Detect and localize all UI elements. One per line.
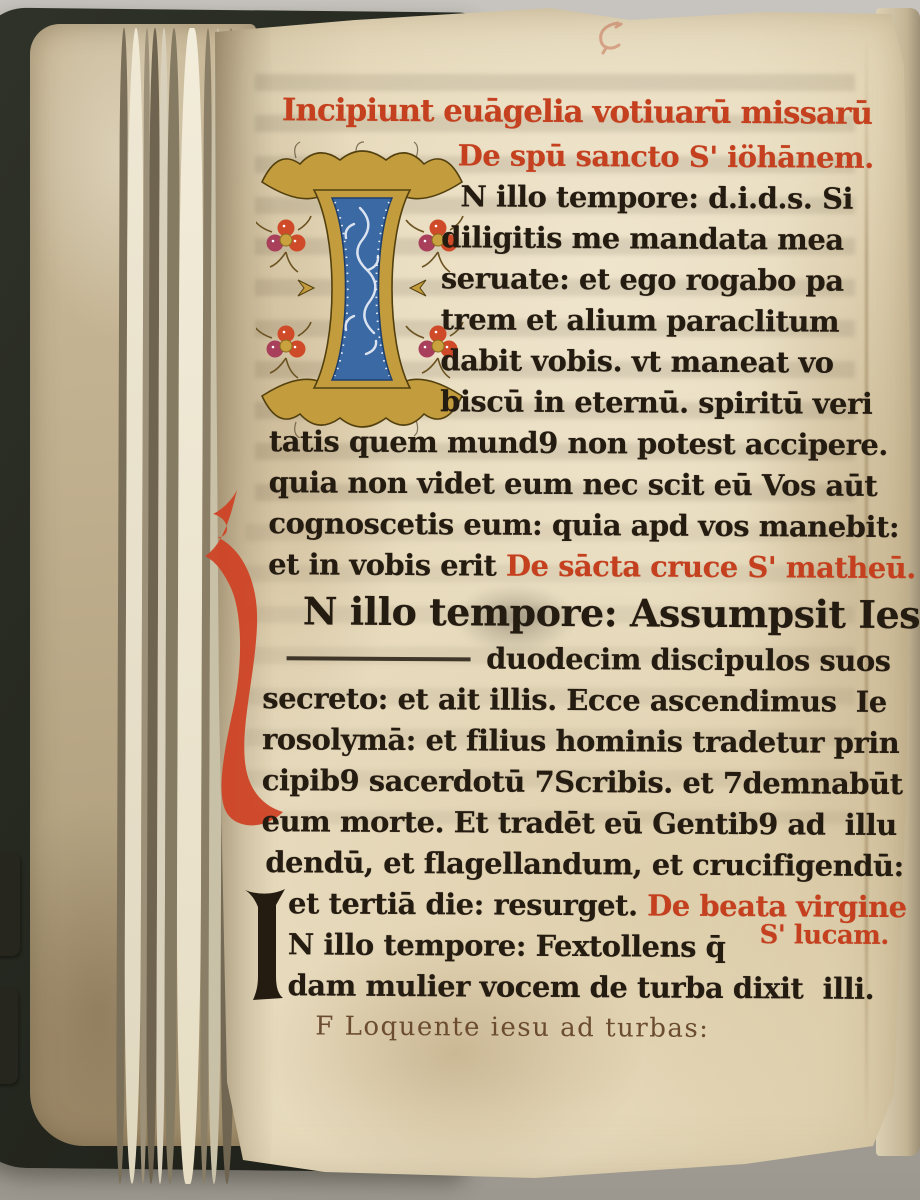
- body-text: N illo tempore: Assumpsit Iesus: [303, 585, 920, 641]
- body-text: N illo tempore: Fextollens q̄: [288, 924, 726, 968]
- text-line: N illo tempore: Fextollens q̄S' lucam.: [241, 924, 889, 969]
- rubric-text: De spū sancto S' iöhānem.: [458, 135, 874, 179]
- body-text: N illo tempore: d.i.d.s. Si: [460, 176, 853, 219]
- text-line: tatis quem mund9 non potest accipere.: [244, 421, 892, 466]
- text-line: quia non videt eum nec scit eū Vos aūt: [244, 462, 892, 507]
- text-line: De spū sancto S' iöhānem.: [246, 134, 894, 179]
- text-line: F Loquente iesu ad turbas:: [240, 1006, 888, 1051]
- body-text: quia non videt eum nec scit eū Vos aūt: [269, 462, 878, 507]
- clasp-fitting: [0, 988, 18, 1084]
- text-line: cipib9 sacerdotū 7Scribis. et 7demnabūt: [242, 760, 890, 805]
- rubric-text: Incipiunt euāgelia votiuarū missarū: [282, 86, 872, 138]
- body-text: eum morte. Et tradēt eū Gentib9 ad illu: [261, 801, 896, 846]
- body-text: dabit vobis. vt maneat vo: [440, 340, 833, 383]
- body-text: dendū, et flagellandum, et crucifigendū:: [265, 842, 904, 887]
- body-text: cognoscetis eum: quia apd vos manebit:: [268, 503, 899, 548]
- text-line: N illo tempore: d.i.d.s. Si: [245, 175, 893, 220]
- body-text: et tertiā die: resurget.: [288, 883, 647, 926]
- rubric-text: S' lucam.: [759, 915, 889, 957]
- text-line: dabit vobis. vt maneat vo: [244, 339, 892, 384]
- text-line: trem et alium paraclitum: [245, 298, 893, 343]
- text-line: eum morte. Et tradēt eū Gentib9 ad illu: [241, 801, 889, 846]
- body-text: tatis quem mund9 non potest accipere.: [269, 421, 888, 466]
- text-line: secreto: et ait illis. Ecce ascendimus I…: [242, 678, 890, 723]
- body-text: F Loquente iesu ad turbas:: [315, 1006, 709, 1049]
- line-filler-rule: [287, 656, 471, 661]
- text-line: et in vobis erit De sācta cruce S' mathe…: [243, 544, 891, 589]
- text-line: Incipiunt euāgelia votiuarū missarū: [246, 86, 894, 138]
- body-text: rosolymā: et filius hominis tradetur pri…: [262, 719, 900, 764]
- text-line: cognoscetis eum: quia apd vos manebit:: [243, 503, 891, 548]
- text-line: dam mulier vocem de turba dixit illi.: [240, 965, 888, 1010]
- text-line: dendū, et flagellandum, et crucifigendū:: [241, 842, 889, 887]
- body-text: diligitis me mandata mea: [441, 217, 844, 260]
- text-line: seruate: et ego rogabo pa: [245, 257, 893, 302]
- text-line: diligitis me mandata mea: [245, 216, 893, 261]
- body-text: cipib9 sacerdotū 7Scribis. et 7demnabūt: [262, 760, 903, 805]
- body-text: secreto: et ait illis. Ecce ascendimus I…: [262, 678, 887, 723]
- body-text: et in vobis erit: [268, 544, 506, 586]
- body-text: trem et alium paraclitum: [441, 299, 840, 342]
- manuscript-photo: Incipiunt euāgelia votiuarū missarūDe sp…: [0, 0, 920, 1200]
- text-line: duodecim discipulos suos: [242, 637, 890, 682]
- text-line: biscū in eternū. spiritū veri: [244, 380, 892, 425]
- clasp-fitting: [0, 852, 20, 956]
- text-block: Incipiunt euāgelia votiuarū missarūDe sp…: [240, 86, 894, 1090]
- body-text: biscū in eternū. spiritū veri: [440, 381, 872, 425]
- rubric-text: De sācta cruce S' matheū.: [506, 546, 916, 590]
- body-text: duodecim discipulos suos: [486, 639, 891, 682]
- text-line: rosolymā: et filius hominis tradetur pri…: [242, 719, 890, 764]
- body-text: seruate: et ego rogabo pa: [441, 258, 844, 301]
- text-line: N illo tempore: Assumpsit Iesus: [243, 585, 891, 641]
- body-text: dam mulier vocem de turba dixit illi.: [287, 965, 874, 1010]
